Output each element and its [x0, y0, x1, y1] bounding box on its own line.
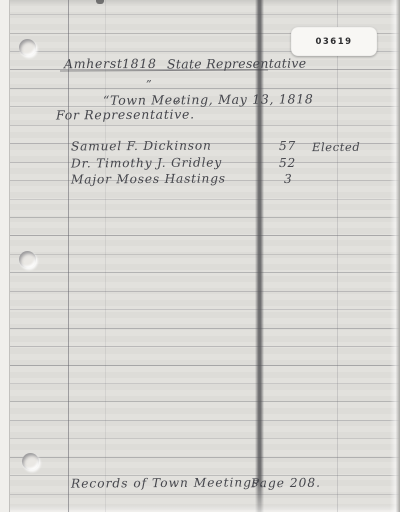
elected-note: Elected — [312, 140, 360, 154]
catalog-label: 03619 — [291, 27, 377, 56]
notebook-page: 03619 Amherst 1818 State Representative … — [0, 0, 400, 512]
for-representative-line: For Representative. — [56, 107, 195, 123]
footer-source: Records of Town Meetings. — [71, 475, 264, 490]
footer-page-number: Page 208. — [251, 476, 321, 490]
vote-count: 52 — [279, 156, 296, 170]
catalog-number: 03619 — [315, 37, 352, 47]
vote-count: 57 — [279, 139, 296, 153]
scanned-document: { "label_number": "03619", "heading": { … — [0, 0, 400, 512]
candidate-name: Major Moses Hastings — [71, 171, 226, 186]
punch-hole-middle — [19, 251, 36, 268]
vote-count: 3 — [284, 172, 293, 186]
faint-vertical-crease — [337, 0, 338, 512]
candidate-name: Samuel F. Dickinson — [71, 139, 212, 154]
closing-quote-mark: ” — [175, 99, 181, 112]
ditto-mark: ” — [146, 78, 152, 91]
heading-town: Amherst — [64, 56, 123, 71]
binding-gutter-shadow — [255, 0, 264, 512]
candidate-name: Dr. Timothy J. Gridley — [71, 155, 222, 170]
heading-underline — [60, 69, 268, 71]
punch-hole-top — [19, 39, 36, 56]
page-left-edge — [0, 0, 10, 512]
scan-artifact-mark — [96, 0, 104, 4]
heading-year: 1818 — [122, 56, 157, 71]
margin-line — [68, 0, 69, 512]
punch-hole-bottom — [22, 453, 39, 470]
page-right-edge — [390, 0, 400, 512]
faint-vertical-crease — [105, 0, 106, 512]
meeting-line: “Town Meeting, May 13, 1818 — [103, 91, 314, 107]
